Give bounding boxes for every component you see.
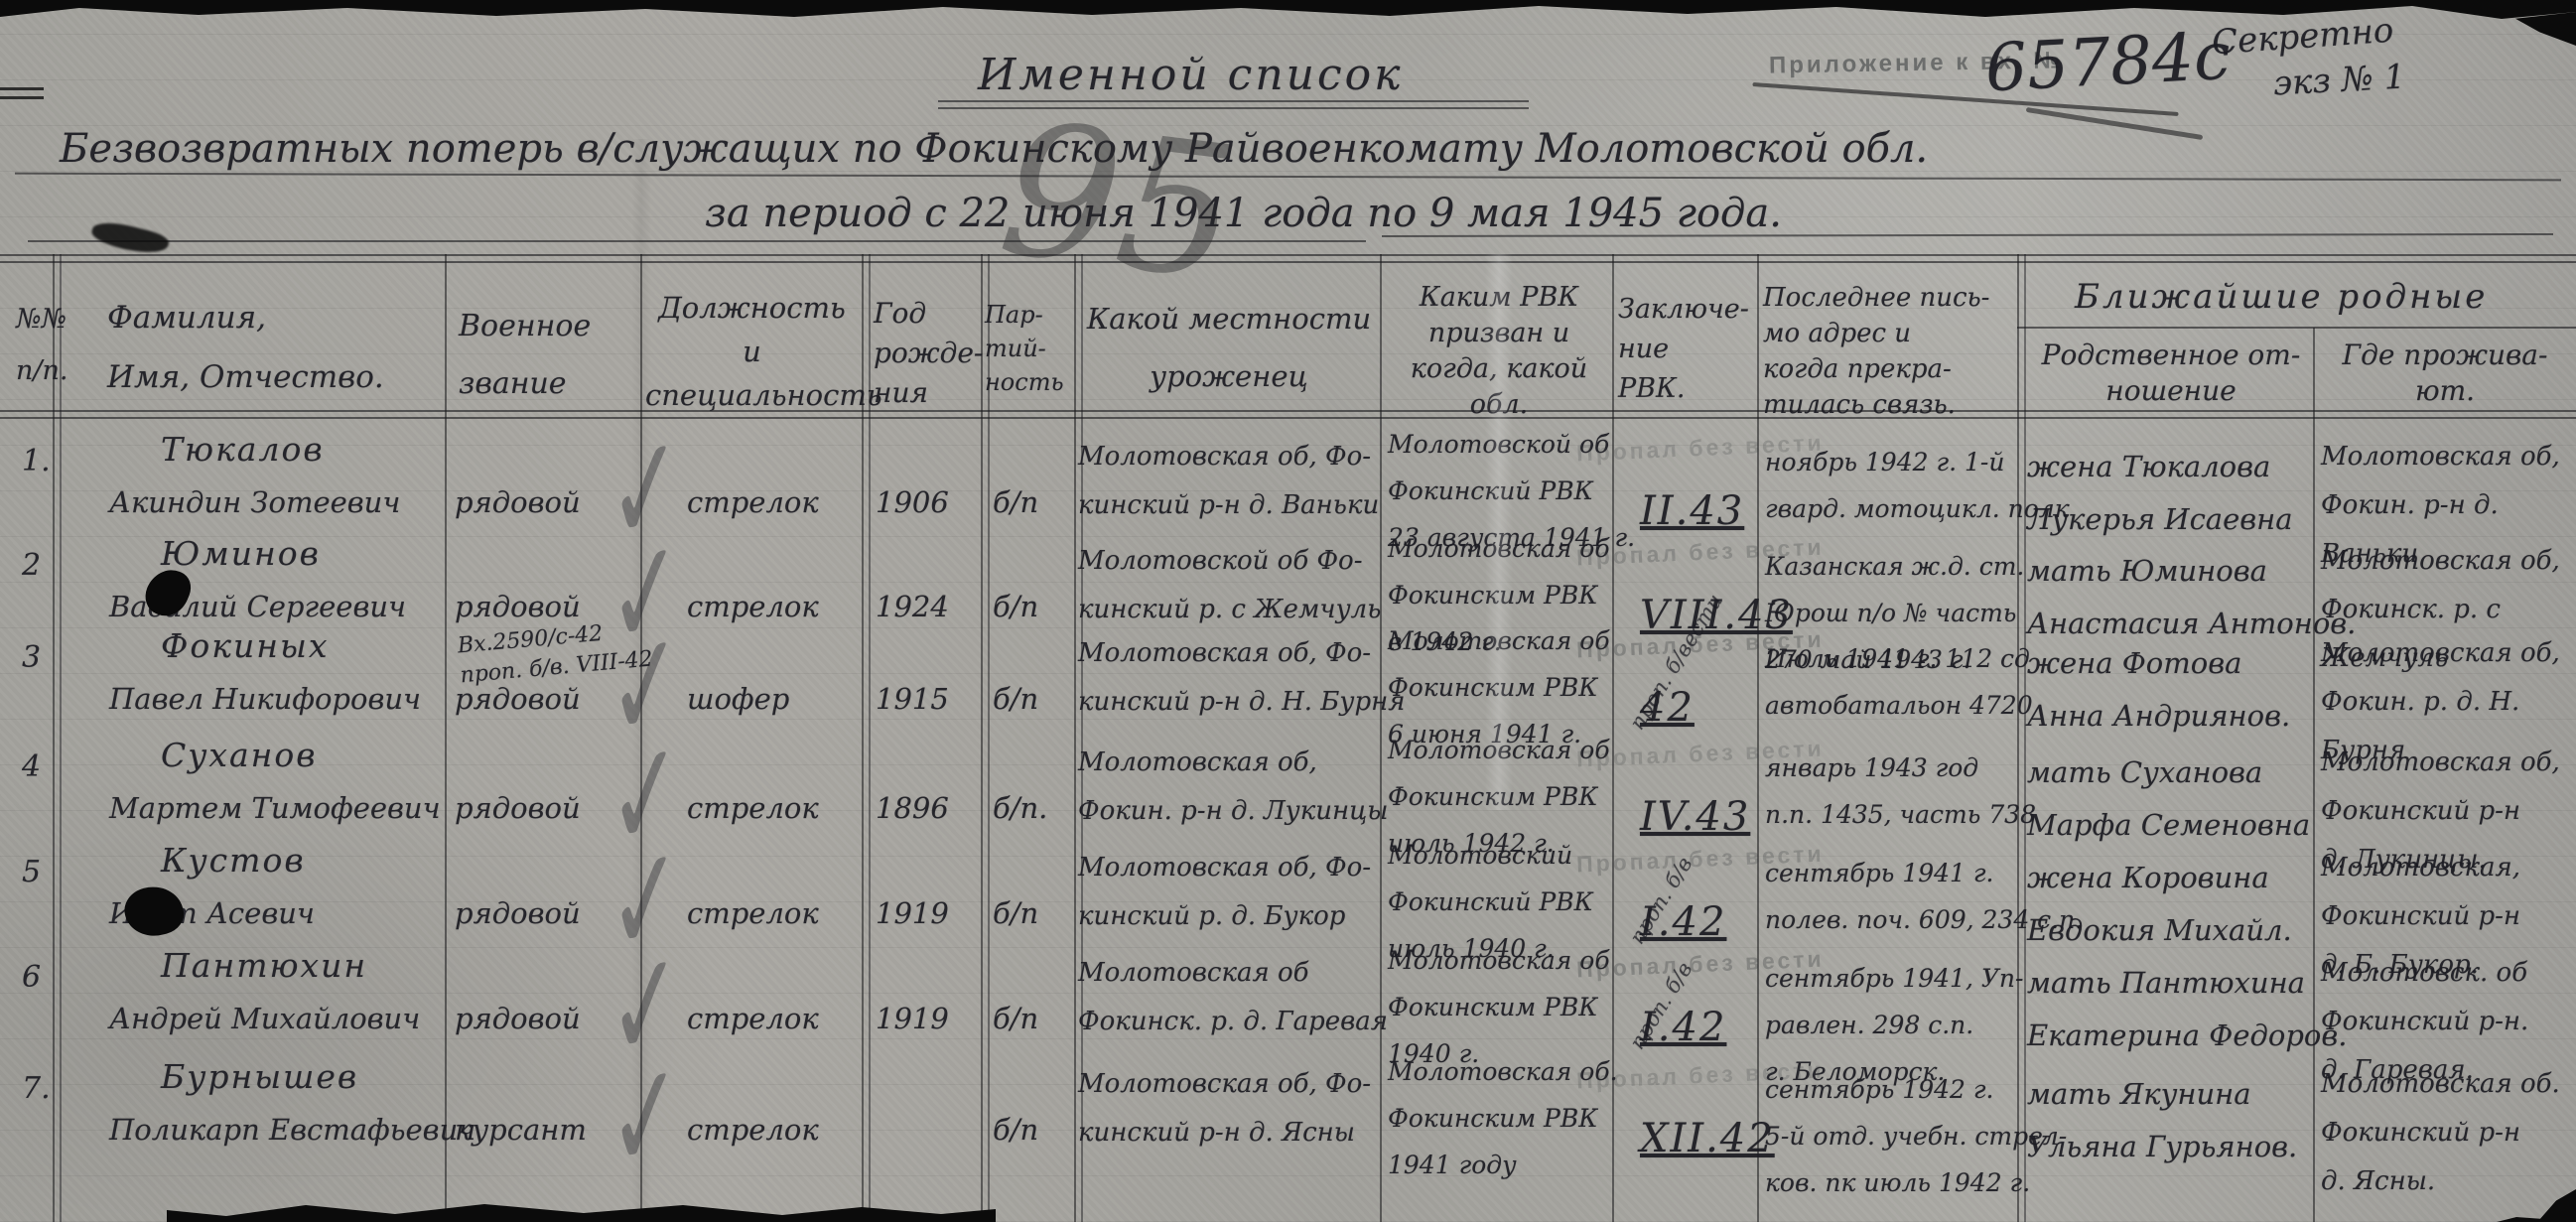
row-number: 2 (22, 547, 41, 585)
table-vline-1 (445, 254, 447, 1222)
row-birth-year: 1906 (876, 484, 949, 520)
table-hline-3 (0, 417, 2576, 419)
row-relative: мать Юминова Анастасия Антонов. (2027, 545, 2356, 650)
row-birthplace: Молотовской об Фо- кинский р. с Жемчуль (1078, 537, 1381, 634)
header-birth-year: Год рожде- ния (874, 294, 983, 413)
row-number: 1. (22, 443, 51, 480)
row-birthplace: Молотовская об Фокинск. р. д. Гаревая (1078, 949, 1388, 1046)
header-residence: Где прожива- ют. (2331, 338, 2559, 409)
row-birthplace: Молотовская об, Фо- кинский р. д. Букор (1078, 844, 1371, 941)
row-given-name: Павел Никифорович (109, 681, 421, 717)
row-surname: Фокиных (161, 625, 329, 666)
row-birthplace: Молотовская об, Фо- кинский р-н д. Ясны (1078, 1060, 1371, 1157)
row-relative: жена Коровина Евдокия Михайл. (2027, 852, 2292, 957)
row-party: б/п (993, 681, 1038, 717)
document-sheet: Приложение к вх. № 65784с Секретно экз №… (0, 0, 2576, 1222)
row-rank: курсант (455, 1112, 587, 1148)
row-surname: Тюкалов (161, 429, 325, 470)
row-party: б/п. (993, 790, 1047, 826)
row-given-name: Акиндин Зотеевич (109, 484, 400, 520)
row-specialty: шофер (687, 681, 789, 717)
row-party: б/п (993, 589, 1038, 624)
row-party: б/п (993, 484, 1038, 520)
table-vline-0 (53, 254, 55, 1222)
row-surname: Кустов (161, 840, 306, 881)
row-party: б/п (993, 1001, 1038, 1036)
row-given-name: Андрей Михайлович (109, 1001, 420, 1036)
row-surname: Пантюхин (161, 945, 367, 986)
row-rank: рядовой (455, 1001, 581, 1036)
row-number: 7. (22, 1070, 51, 1108)
header-last-letter: Последнее пись- мо адрес и когда прекра-… (1763, 280, 1989, 423)
row-checkmark: ✓ (603, 1029, 690, 1205)
row-conclusion: XII.42 (1640, 1114, 1775, 1163)
row-specialty: стрелок (687, 895, 819, 931)
table-hline-2 (0, 410, 2576, 412)
row-specialty: стрелок (687, 1112, 819, 1148)
row-residence: Молотовская об. Фокинский р-н д. Ясны. (2321, 1060, 2560, 1206)
row-relative: мать Суханова Марфа Семеновна (2027, 747, 2310, 852)
table-hline-4 (2017, 327, 2576, 329)
row-specialty: стрелок (687, 589, 819, 624)
row-surname: Юминов (161, 533, 321, 574)
row-relative: мать Пантюхина Екатерина Федоров. (2027, 957, 2347, 1062)
row-number: 4 (22, 748, 41, 786)
header-num: №№ п/п. (16, 294, 68, 397)
row-rank: рядовой (455, 895, 581, 931)
row-number: 3 (22, 639, 41, 677)
row-party: б/п (993, 895, 1038, 931)
row-birth-year: 1896 (876, 790, 949, 826)
row-surname: Бурнышев (161, 1056, 358, 1097)
header-party: Пар- тий- ность (985, 298, 1064, 399)
row-conclusion: IV.43 (1640, 792, 1750, 842)
header-origin: Какой местности уроженец (1082, 290, 1376, 405)
row-specialty: стрелок (687, 790, 819, 826)
row-number: 5 (22, 854, 41, 891)
row-birth-year: 1919 (876, 1001, 949, 1036)
losses-table: №№ п/п.Фамилия, Имя, Отчество.Военное зв… (0, 0, 2576, 1222)
header-rank: Военное звание (459, 298, 591, 413)
row-birth-year: 1915 (876, 681, 949, 717)
row-birthplace: Молотовская об, Фокин. р-н д. Лукинцы (1078, 739, 1388, 836)
row-birth-year: 1919 (876, 895, 949, 931)
header-conclusion: Заключе- ние РВК. (1618, 290, 1749, 409)
row-given-name: Поликарп Евстафьевич (109, 1112, 475, 1148)
row-birth-year: 1924 (876, 589, 949, 624)
row-relative: жена Тюкалова Лукерья Исаевна (2027, 441, 2293, 546)
header-relation: Родственное от- ношение (2037, 338, 2305, 409)
row-number: 6 (22, 959, 41, 997)
table-hline-0 (0, 254, 2576, 256)
row-rank: рядовой (455, 790, 581, 826)
table-vline-10 (2313, 328, 2315, 1222)
header-rvk: Каким РВК призван и когда, какой обл. (1392, 280, 1606, 423)
row-surname: Суханов (161, 735, 318, 775)
header-specialty: Должность и специальность (645, 286, 859, 417)
row-party: б/п (993, 1112, 1038, 1148)
header-name: Фамилия, Имя, Отчество. (107, 288, 384, 407)
row-conclusion: II.43 (1640, 486, 1744, 536)
row-rank: рядовой (455, 589, 581, 624)
table-vline-5 (1074, 254, 1076, 1222)
row-relative: мать Якунина Ульяна Гурьянов. (2027, 1068, 2297, 1173)
row-rank: рядовой (455, 484, 581, 520)
row-specialty: стрелок (687, 1001, 819, 1036)
row-last-letter: сентябрь 1942 г. 5-й отд. учебн. стрел- … (1765, 1066, 2067, 1206)
row-birthplace: Молотовская об, Фо- кинский р-н д. Ваньк… (1078, 433, 1379, 530)
row-relative: жена Фотова Анна Андриянов. (2027, 637, 2290, 743)
table-hline-1 (0, 261, 2576, 263)
row-birthplace: Молотовская об, Фо- кинский р-н д. Н. Бу… (1078, 629, 1405, 727)
row-given-name: Мартем Тимофеевич (109, 790, 441, 826)
header-family-group: Ближайшие родные (2075, 276, 2488, 319)
row-specialty: стрелок (687, 484, 819, 520)
